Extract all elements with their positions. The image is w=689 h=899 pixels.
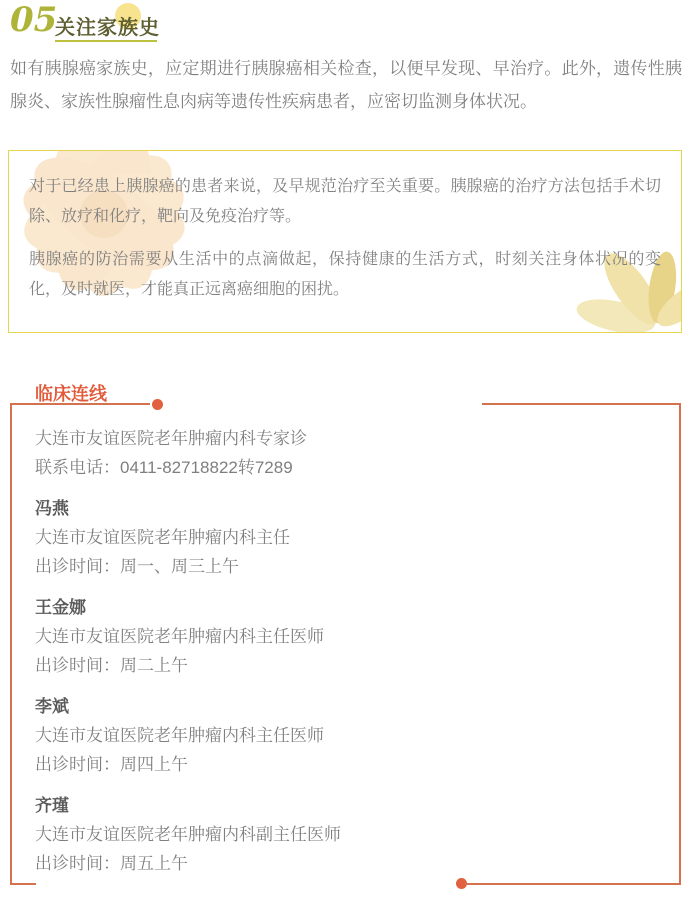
doctor-entry: 王金娜 大连市友谊医院老年肿瘤内科主任医师 出诊时间：周二上午 [35, 593, 661, 680]
doctor-name: 王金娜 [35, 593, 661, 622]
box-paragraph-1: 对于已经患上胰腺癌的患者来说，及早规范治疗至关重要。胰腺癌的治疗方法包括手术切除… [29, 172, 661, 232]
doctor-name: 齐瑾 [35, 791, 661, 820]
doctor-schedule: 出诊时间：周一、周三上午 [35, 552, 661, 581]
doctor-name: 冯燕 [35, 494, 661, 523]
clinical-frame: 大连市友谊医院老年肿瘤内科专家诊 联系电话：0411-82718822转7289… [10, 403, 681, 885]
box-paragraph-2: 胰腺癌的防治需要从生活中的点滴做起，保持健康的生活方式，时刻关注身体状况的变化，… [29, 245, 661, 305]
highlight-box: 对于已经患上胰腺癌的患者来说，及早规范治疗至关重要。胰腺癌的治疗方法包括手术切除… [8, 150, 682, 333]
clinical-content: 大连市友谊医院老年肿瘤内科专家诊 联系电话：0411-82718822转7289… [10, 403, 681, 878]
frame-line-bottom-right [465, 883, 681, 885]
doctor-title: 大连市友谊医院老年肿瘤内科主任医师 [35, 622, 661, 651]
section-title: 关注家族史 [55, 11, 160, 40]
clinic-name: 大连市友谊医院老年肿瘤内科专家诊 [35, 424, 661, 453]
doctor-schedule: 出诊时间：周四上午 [35, 750, 661, 779]
doctor-entry: 李斌 大连市友谊医院老年肿瘤内科主任医师 出诊时间：周四上午 [35, 692, 661, 779]
clinic-phone: 联系电话：0411-82718822转7289 [35, 453, 661, 482]
doctor-entry: 冯燕 大连市友谊医院老年肿瘤内科主任 出诊时间：周一、周三上午 [35, 494, 661, 581]
doctor-title: 大连市友谊医院老年肿瘤内科主任 [35, 523, 661, 552]
doctor-title: 大连市友谊医院老年肿瘤内科副主任医师 [35, 820, 661, 849]
frame-line-bottom-left [10, 883, 36, 885]
doctor-entry: 齐瑾 大连市友谊医院老年肿瘤内科副主任医师 出诊时间：周五上午 [35, 791, 661, 878]
doctor-title: 大连市友谊医院老年肿瘤内科主任医师 [35, 721, 661, 750]
doctor-schedule: 出诊时间：周五上午 [35, 849, 661, 878]
doctor-schedule: 出诊时间：周二上午 [35, 651, 661, 680]
section-title-underline [55, 40, 157, 42]
doctor-name: 李斌 [35, 692, 661, 721]
section-header: 05 关注家族史 [0, 0, 689, 48]
intro-paragraph: 如有胰腺癌家族史，应定期进行胰腺癌相关检查，以便早发现、早治疗。此外，遗传性胰腺… [10, 52, 682, 118]
section-number: 05 [10, 0, 57, 40]
